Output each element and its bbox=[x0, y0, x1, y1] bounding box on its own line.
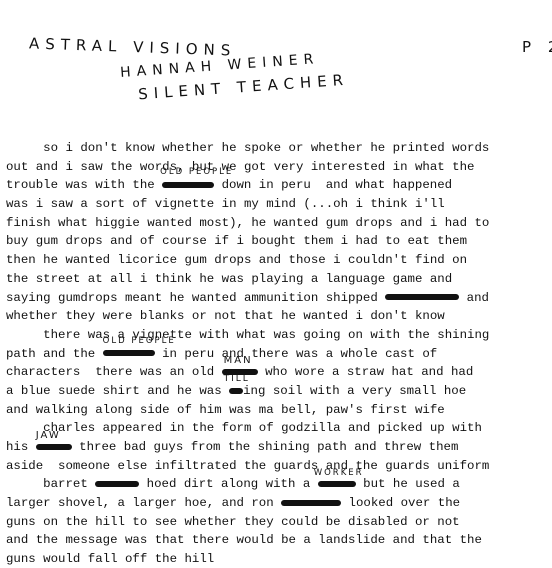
text-line: finish what higgie wanted most), he want… bbox=[6, 214, 552, 233]
text-segment: larger shovel, a larger hoe, and ron bbox=[6, 496, 281, 510]
text-segment: three bad guys from the shining path and… bbox=[72, 440, 459, 454]
text-segment: path and the bbox=[6, 347, 103, 361]
text-line: whether they were blanks or not that he … bbox=[6, 307, 552, 326]
redaction-mark bbox=[95, 481, 139, 487]
text-segment: his bbox=[6, 440, 36, 454]
redaction-mark: MANTILL bbox=[222, 369, 258, 375]
redaction-mark: WORKER bbox=[318, 481, 356, 487]
handwritten-title: ASTRAL VISIONS bbox=[29, 34, 237, 59]
text-segment: but he used a bbox=[356, 477, 460, 491]
text-line: guns would fall off the hill bbox=[6, 550, 552, 568]
handwritten-annotation: OLD PEOPLE bbox=[103, 337, 176, 346]
handwritten-annotation: OLD PEOPLE bbox=[160, 168, 233, 177]
text-line: barret hoed dirt along with a WORKER but… bbox=[6, 475, 552, 494]
text-line: buy gum drops and of course if i bought … bbox=[6, 232, 552, 251]
handwritten-annotation: JAW bbox=[36, 431, 61, 440]
text-line: and the message was that there would be … bbox=[6, 531, 552, 550]
text-line: guns on the hill to see whether they cou… bbox=[6, 513, 552, 532]
text-line: a blue suede shirt and he was ing soil w… bbox=[6, 382, 552, 401]
redaction-mark bbox=[385, 294, 459, 300]
handwritten-annotation: WORKER bbox=[314, 469, 364, 478]
text-line: there was a vignette with what was going… bbox=[6, 326, 552, 345]
text-segment: down in peru and what happened bbox=[222, 178, 453, 192]
text-line: his JAW three bad guys from the shining … bbox=[6, 438, 552, 457]
text-segment: barret bbox=[6, 477, 95, 491]
redaction-mark bbox=[229, 388, 243, 394]
text-line: and walking along side of him was ma bel… bbox=[6, 401, 552, 420]
text-line: saying gumdrops meant he wanted ammuniti… bbox=[6, 289, 552, 308]
text-segment: hoed dirt along with a bbox=[139, 477, 317, 491]
text-segment: who wore a straw hat and had bbox=[258, 365, 474, 379]
text-segment: characters there was an old bbox=[6, 365, 222, 379]
text-line: so i don't know whether he spoke or whet… bbox=[6, 139, 552, 158]
text-line: trouble was with the OLD PEOPLE down in … bbox=[6, 176, 552, 195]
text-line: was i saw a sort of vignette in my mind … bbox=[6, 195, 552, 214]
handwritten-annotation: MAN bbox=[224, 356, 253, 365]
text-line: then he wanted licorice gum drops and th… bbox=[6, 251, 552, 270]
text-segment: ing soil with a very small hoe bbox=[243, 384, 466, 398]
redaction-mark: OLD PEOPLE bbox=[162, 182, 214, 188]
redaction-mark: JAW bbox=[36, 444, 72, 450]
text-segment: in peru and there was a whole cast of bbox=[155, 347, 438, 361]
redaction-mark: OLD PEOPLE bbox=[103, 350, 155, 356]
text-segment: looked over the bbox=[341, 496, 460, 510]
text-line: characters there was an old MANTILL who … bbox=[6, 363, 552, 382]
text-segment: trouble was with the bbox=[6, 178, 162, 192]
text-line: aside someone else infiltrated the guard… bbox=[6, 457, 552, 476]
text-line: out and i saw the words, but we got very… bbox=[6, 158, 552, 177]
text-line: larger shovel, a larger hoe, and ron loo… bbox=[6, 494, 552, 513]
text-line: charles appeared in the form of godzilla… bbox=[6, 419, 552, 438]
text-segment: a blue suede shirt and he was bbox=[6, 384, 229, 398]
text-line: path and the OLD PEOPLE in peru and ther… bbox=[6, 345, 552, 364]
text-segment: and bbox=[459, 291, 489, 305]
redaction-mark bbox=[281, 500, 341, 506]
typed-body-text: so i don't know whether he spoke or whet… bbox=[6, 139, 552, 568]
text-segment: saying gumdrops meant he wanted ammuniti… bbox=[6, 291, 385, 305]
text-line: the street at all i think he was playing… bbox=[6, 270, 552, 289]
page-number: P 2 bbox=[522, 38, 552, 56]
